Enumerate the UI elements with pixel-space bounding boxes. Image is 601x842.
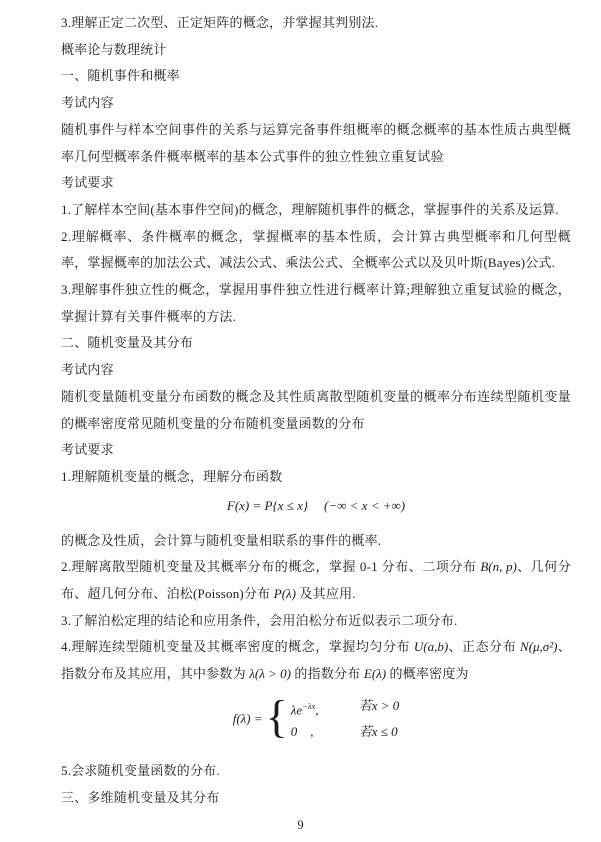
paragraph: 3.理解正定二次型、正定矩阵的概念，并掌握其判别法. [61, 10, 571, 37]
formula-distribution-function: F(x) = P{x ≤ x}(−∞ < x < +∞) [61, 493, 571, 519]
cases-row: 0 ,若x ≤ 0 [291, 721, 400, 743]
text-run: 3.了解泊松定理的结论和应用条件，会用泊松分布近似表示二项分布. [61, 613, 457, 628]
paragraph: 随机变量随机变量分布函数的概念及其性质离散型随机变量的概率分布连续型随机变量的概… [61, 384, 571, 437]
document-body: 3.理解正定二次型、正定矩阵的概念，并掌握其判别法.概率论与数理统计一、随机事件… [61, 10, 571, 812]
text-run: 考试要求 [61, 175, 114, 190]
case-condition: 若x > 0 [359, 695, 400, 721]
paragraph: 2.理解概率、条件概率的概念，掌握概率的基本性质，会计算古典型概率和几何型概率，… [61, 224, 571, 277]
paragraph: 考试内容 [61, 90, 571, 117]
paragraph: 概率论与数理统计 [61, 37, 571, 64]
paragraph: 1.了解样本空间(基本事件空间)的概念，理解随机事件的概念，掌握事件的关系及运算… [61, 197, 571, 224]
text-run: 1.了解样本空间(基本事件空间)的概念，理解随机事件的概念，掌握事件的关系及运算… [61, 202, 559, 217]
text-run: 概率论与数理统计 [61, 42, 167, 57]
paragraph: 一、随机事件和概率 [61, 63, 571, 90]
case-after: , [315, 702, 318, 717]
text-run: 及其应用. [296, 586, 356, 601]
text-run: 随机变量随机变量分布函数的概念及其性质离散型随机变量的概率分布连续型随机变量的概… [61, 389, 571, 431]
inline-math: U(a,b) [414, 639, 448, 654]
inline-math: B(n, p) [480, 559, 516, 574]
text-run: 随机事件与样本空间事件的关系与运算完备事件组概率的概念概率的基本性质古典型概率几… [61, 122, 571, 164]
cases-row: λe−λx,若x > 0 [291, 695, 400, 721]
inline-math: P(λ) [274, 586, 296, 601]
paragraph: 的概念及性质，会计算与随机变量相联系的事件的概率. [61, 528, 571, 555]
text-run: 3.理解正定二次型、正定矩阵的概念，并掌握其判别法. [61, 15, 378, 30]
text-run: 考试内容 [61, 95, 114, 110]
text-run: 考试要求 [61, 442, 114, 457]
text-run: 的概率密度为 [386, 666, 469, 681]
paragraph: 考试要求 [61, 170, 571, 197]
formula-expression: F(x) = P{x ≤ x} [227, 498, 308, 513]
case-after: , [297, 724, 313, 739]
formula-lhs: f(λ) = [233, 708, 263, 730]
case-expression: λe−λx, [291, 695, 345, 721]
formula-range: (−∞ < x < +∞) [324, 498, 405, 513]
text-run: 5.会求随机变量函数的分布. [61, 763, 220, 778]
case-condition: 若x ≤ 0 [359, 721, 398, 743]
text-run: 考试内容 [61, 362, 114, 377]
page-number: 9 [0, 818, 601, 833]
paragraph: 考试内容 [61, 357, 571, 384]
inline-math: E(λ) [364, 666, 386, 681]
case-base: λe [291, 702, 302, 717]
paragraph: 考试要求 [61, 437, 571, 464]
case-exponent: −λx [302, 701, 315, 711]
paragraph: 3.理解事件独立性的概念，掌握用事件独立性进行概率计算;理解独立重复试验的概念，… [61, 277, 571, 330]
paragraph: 5.会求随机变量函数的分布. [61, 758, 571, 785]
text-run: 2.理解概率、条件概率的概念，掌握概率的基本性质，会计算古典型概率和几何型概率，… [61, 229, 571, 271]
text-run: 的指数分布 [291, 666, 364, 681]
text-run: 三、多维随机变量及其分布 [61, 790, 219, 805]
cases-rows: λe−λx,若x > 00 ,若x ≤ 0 [291, 695, 400, 743]
paragraph: 二、随机变量及其分布 [61, 330, 571, 357]
paragraph: 随机事件与样本空间事件的关系与运算完备事件组概率的概念概率的基本性质古典型概率几… [61, 117, 571, 170]
paragraph: 2.理解离散型随机变量及其概率分布的概念，掌握 0-1 分布、二项分布 B(n,… [61, 554, 571, 607]
text-run: 3.理解事件独立性的概念，掌握用事件独立性进行概率计算;理解独立重复试验的概念，… [61, 282, 571, 324]
inline-math: λ(λ > 0) [249, 666, 291, 681]
text-run: 的概念及性质，会计算与随机变量相联系的事件的概率. [61, 533, 381, 548]
case-expression: 0 , [291, 721, 345, 743]
text-run: 4.理解连续型随机变量及其概率密度的概念，掌握均匀分布 [61, 639, 414, 654]
paragraph: 4.理解连续型随机变量及其概率密度的概念，掌握均匀分布 U(a,b)、正态分布 … [61, 634, 571, 687]
left-brace: { [266, 694, 288, 740]
text-run: 二、随机变量及其分布 [61, 335, 193, 350]
text-run: 一、随机事件和概率 [61, 68, 180, 83]
text-run: 、正态分布 [448, 639, 520, 654]
paragraph: 三、多维随机变量及其分布 [61, 785, 571, 812]
document-page: 3.理解正定二次型、正定矩阵的概念，并掌握其判别法.概率论与数理统计一、随机事件… [0, 0, 601, 842]
text-run: 2.理解离散型随机变量及其概率分布的概念，掌握 0-1 分布、二项分布 [61, 559, 480, 574]
formula-exponential-density: f(λ) ={λe−λx,若x > 00 ,若x ≤ 0 [61, 695, 571, 743]
inline-math: N(μ,σ²) [520, 639, 557, 654]
paragraph: 1.理解随机变量的概念，理解分布函数 [61, 464, 571, 491]
paragraph: 3.了解泊松定理的结论和应用条件，会用泊松分布近似表示二项分布. [61, 608, 571, 635]
text-run: 1.理解随机变量的概念，理解分布函数 [61, 469, 282, 484]
